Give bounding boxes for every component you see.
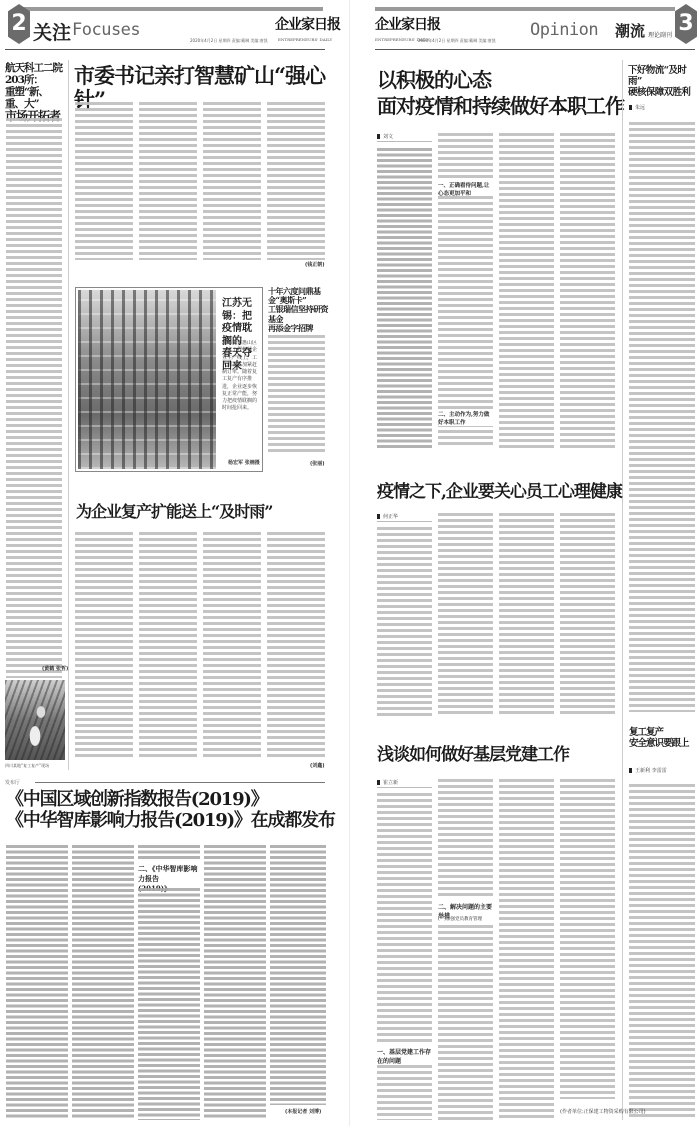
side-opinion-2-headline: 复工复产 安全意识要跟上 xyxy=(629,728,695,750)
second-opinion-col-2 xyxy=(438,513,493,717)
byline-rule xyxy=(377,787,432,788)
third-opinion-byline: 崔立新 xyxy=(377,779,398,786)
lead-story-end: (钱正朝) xyxy=(305,261,325,268)
brief-story-headline: 十年六度问鼎基金“奥斯卡” 工银瑞信坚持研资基金 再添金字招牌 xyxy=(268,287,328,333)
release-col-1 xyxy=(6,845,68,1120)
lead-opinion-col-3 xyxy=(499,133,554,448)
lead-opinion-col-1 xyxy=(377,148,432,448)
header-rule xyxy=(5,49,325,50)
lead-story-col-3 xyxy=(203,102,261,260)
second-story-col-2 xyxy=(139,532,197,760)
release-end: (本报记者 刘博) xyxy=(285,1108,321,1115)
section-title-cn: 关注 xyxy=(33,18,71,45)
release-tag: 发布厅 xyxy=(5,779,20,786)
lead-opinion-byline: 刘文 xyxy=(377,133,393,140)
side-story-body xyxy=(6,118,62,678)
third-opinion-col-3 xyxy=(499,779,554,1120)
side-story-end: (黄鹤 张哲) xyxy=(42,665,68,672)
third-opinion-col-2b xyxy=(438,925,493,1120)
side-opinion-2-body xyxy=(629,784,695,1120)
masthead-logo: 企业家日报 xyxy=(375,14,440,34)
second-opinion-col-3 xyxy=(499,513,554,717)
side-opinion-body xyxy=(629,122,695,712)
masthead-logo: 企业家日报 xyxy=(275,14,340,34)
column-divider xyxy=(68,60,69,770)
release-col-4 xyxy=(204,845,266,1120)
lead-opinion-headline: 以积极的心态 面对疫情和持续做好本职工作 xyxy=(377,67,624,119)
section-title-en: Focuses xyxy=(72,20,140,40)
side-story-headline: 航天科工二院203所： 重塑“新、重、大” 市场开拓者 xyxy=(5,62,67,124)
second-story-col-3 xyxy=(203,532,261,760)
header-rule xyxy=(375,49,695,50)
left-page: 2 关注 Focuses 企业家日报 2020年4月2日 星期四 责编:戴琳 美… xyxy=(0,0,349,1126)
second-story-col-4 xyxy=(267,532,325,760)
lead-story-col-4 xyxy=(267,102,325,260)
section-subtitle: 理论副刊 xyxy=(648,30,672,39)
second-story-end: (刘鑫) xyxy=(310,762,325,769)
pipe-photo xyxy=(5,680,65,760)
brief-story-end: (张丽) xyxy=(310,460,325,467)
release-col-2 xyxy=(72,845,134,1120)
second-opinion-headline: 疫情之下,企业要关心员工心理健康 xyxy=(377,483,622,503)
release-col-5 xyxy=(270,845,326,1105)
photo-box-text: 江苏无锡惠山区一家工程机械企业生产线上，工人们正在加紧赶制订单。随着复工复产有序… xyxy=(222,340,260,455)
lead-story-col-1 xyxy=(75,102,133,260)
section-title-cn: 潮流 xyxy=(615,20,645,41)
third-opinion-col-1a xyxy=(377,793,432,1043)
release-col-3a xyxy=(138,845,200,861)
third-opinion-footer-note: (作者单位:正保建工物资采购有限公司) xyxy=(560,1108,646,1115)
side-opinion-byline: 朱远 xyxy=(629,104,645,111)
lead-story-col-2 xyxy=(139,102,197,260)
second-opinion-byline: 何正华 xyxy=(377,513,398,520)
lead-opinion-col-4 xyxy=(560,133,615,448)
column-divider xyxy=(622,60,623,1120)
brief-story-body xyxy=(268,335,325,453)
third-opinion-subhead-3: (一)加强党员教育管理 xyxy=(438,916,493,922)
third-opinion-subhead-1: 一、基层党建工作存在的问题 xyxy=(377,1047,435,1065)
lead-opinion-subhead-2: 二、主动作为,努力做好本职工作 xyxy=(438,410,493,426)
third-opinion-col-2a xyxy=(438,779,493,899)
page-number-badge: 3 xyxy=(675,4,697,44)
second-story-headline: 为企业复产扩能送上“及时雨” xyxy=(76,503,272,521)
byline-rule xyxy=(377,141,432,142)
photo-box-credit: 杨宏军 张楠摄 xyxy=(228,459,260,466)
second-opinion-col-4 xyxy=(560,513,615,717)
dateline: 2020年4月2日 星期四 责编:戴琳 美编:唐凯 xyxy=(418,38,496,44)
factory-photo xyxy=(78,290,216,469)
section-title-en: Opinion xyxy=(530,20,598,40)
lead-opinion-subhead-1: 一、正确看待问题,让心态更加平和 xyxy=(438,181,493,197)
release-col-3b xyxy=(138,888,200,1120)
right-page: 企业家日报 ENTREPRENEURS' DAILY 2020年4月2日 星期四… xyxy=(350,0,699,1126)
release-rule xyxy=(35,782,325,783)
side-opinion-2-byline: 王新利 李雷雷 xyxy=(629,767,667,774)
third-opinion-col-1b xyxy=(377,1065,432,1120)
masthead-en: ENTREPRENEURS' DAILY xyxy=(278,37,332,42)
header-bar xyxy=(18,7,323,11)
side-opinion-headline: 下好物流“及时雨” 硬核保障双胜利 xyxy=(628,66,698,99)
pipe-photo-caption: 四川某地“复工复产”现场 xyxy=(5,763,49,769)
third-opinion-headline: 浅谈如何做好基层党建工作 xyxy=(377,746,569,766)
third-opinion-col-4 xyxy=(560,779,615,1099)
second-story-col-1 xyxy=(75,532,133,760)
lead-opinion-col-2a xyxy=(438,133,493,178)
release-headline: 《中国区域创新指数报告(2019)》 《中华智库影响力报告(2019)》在成都发… xyxy=(6,790,335,831)
second-opinion-col-1 xyxy=(377,527,432,717)
dateline: 2020年4月2日 星期四 责编:戴琳 美编:唐凯 xyxy=(190,38,268,44)
byline-rule xyxy=(377,521,432,522)
header-bar xyxy=(375,7,675,11)
page-number-badge: 2 xyxy=(8,4,30,44)
